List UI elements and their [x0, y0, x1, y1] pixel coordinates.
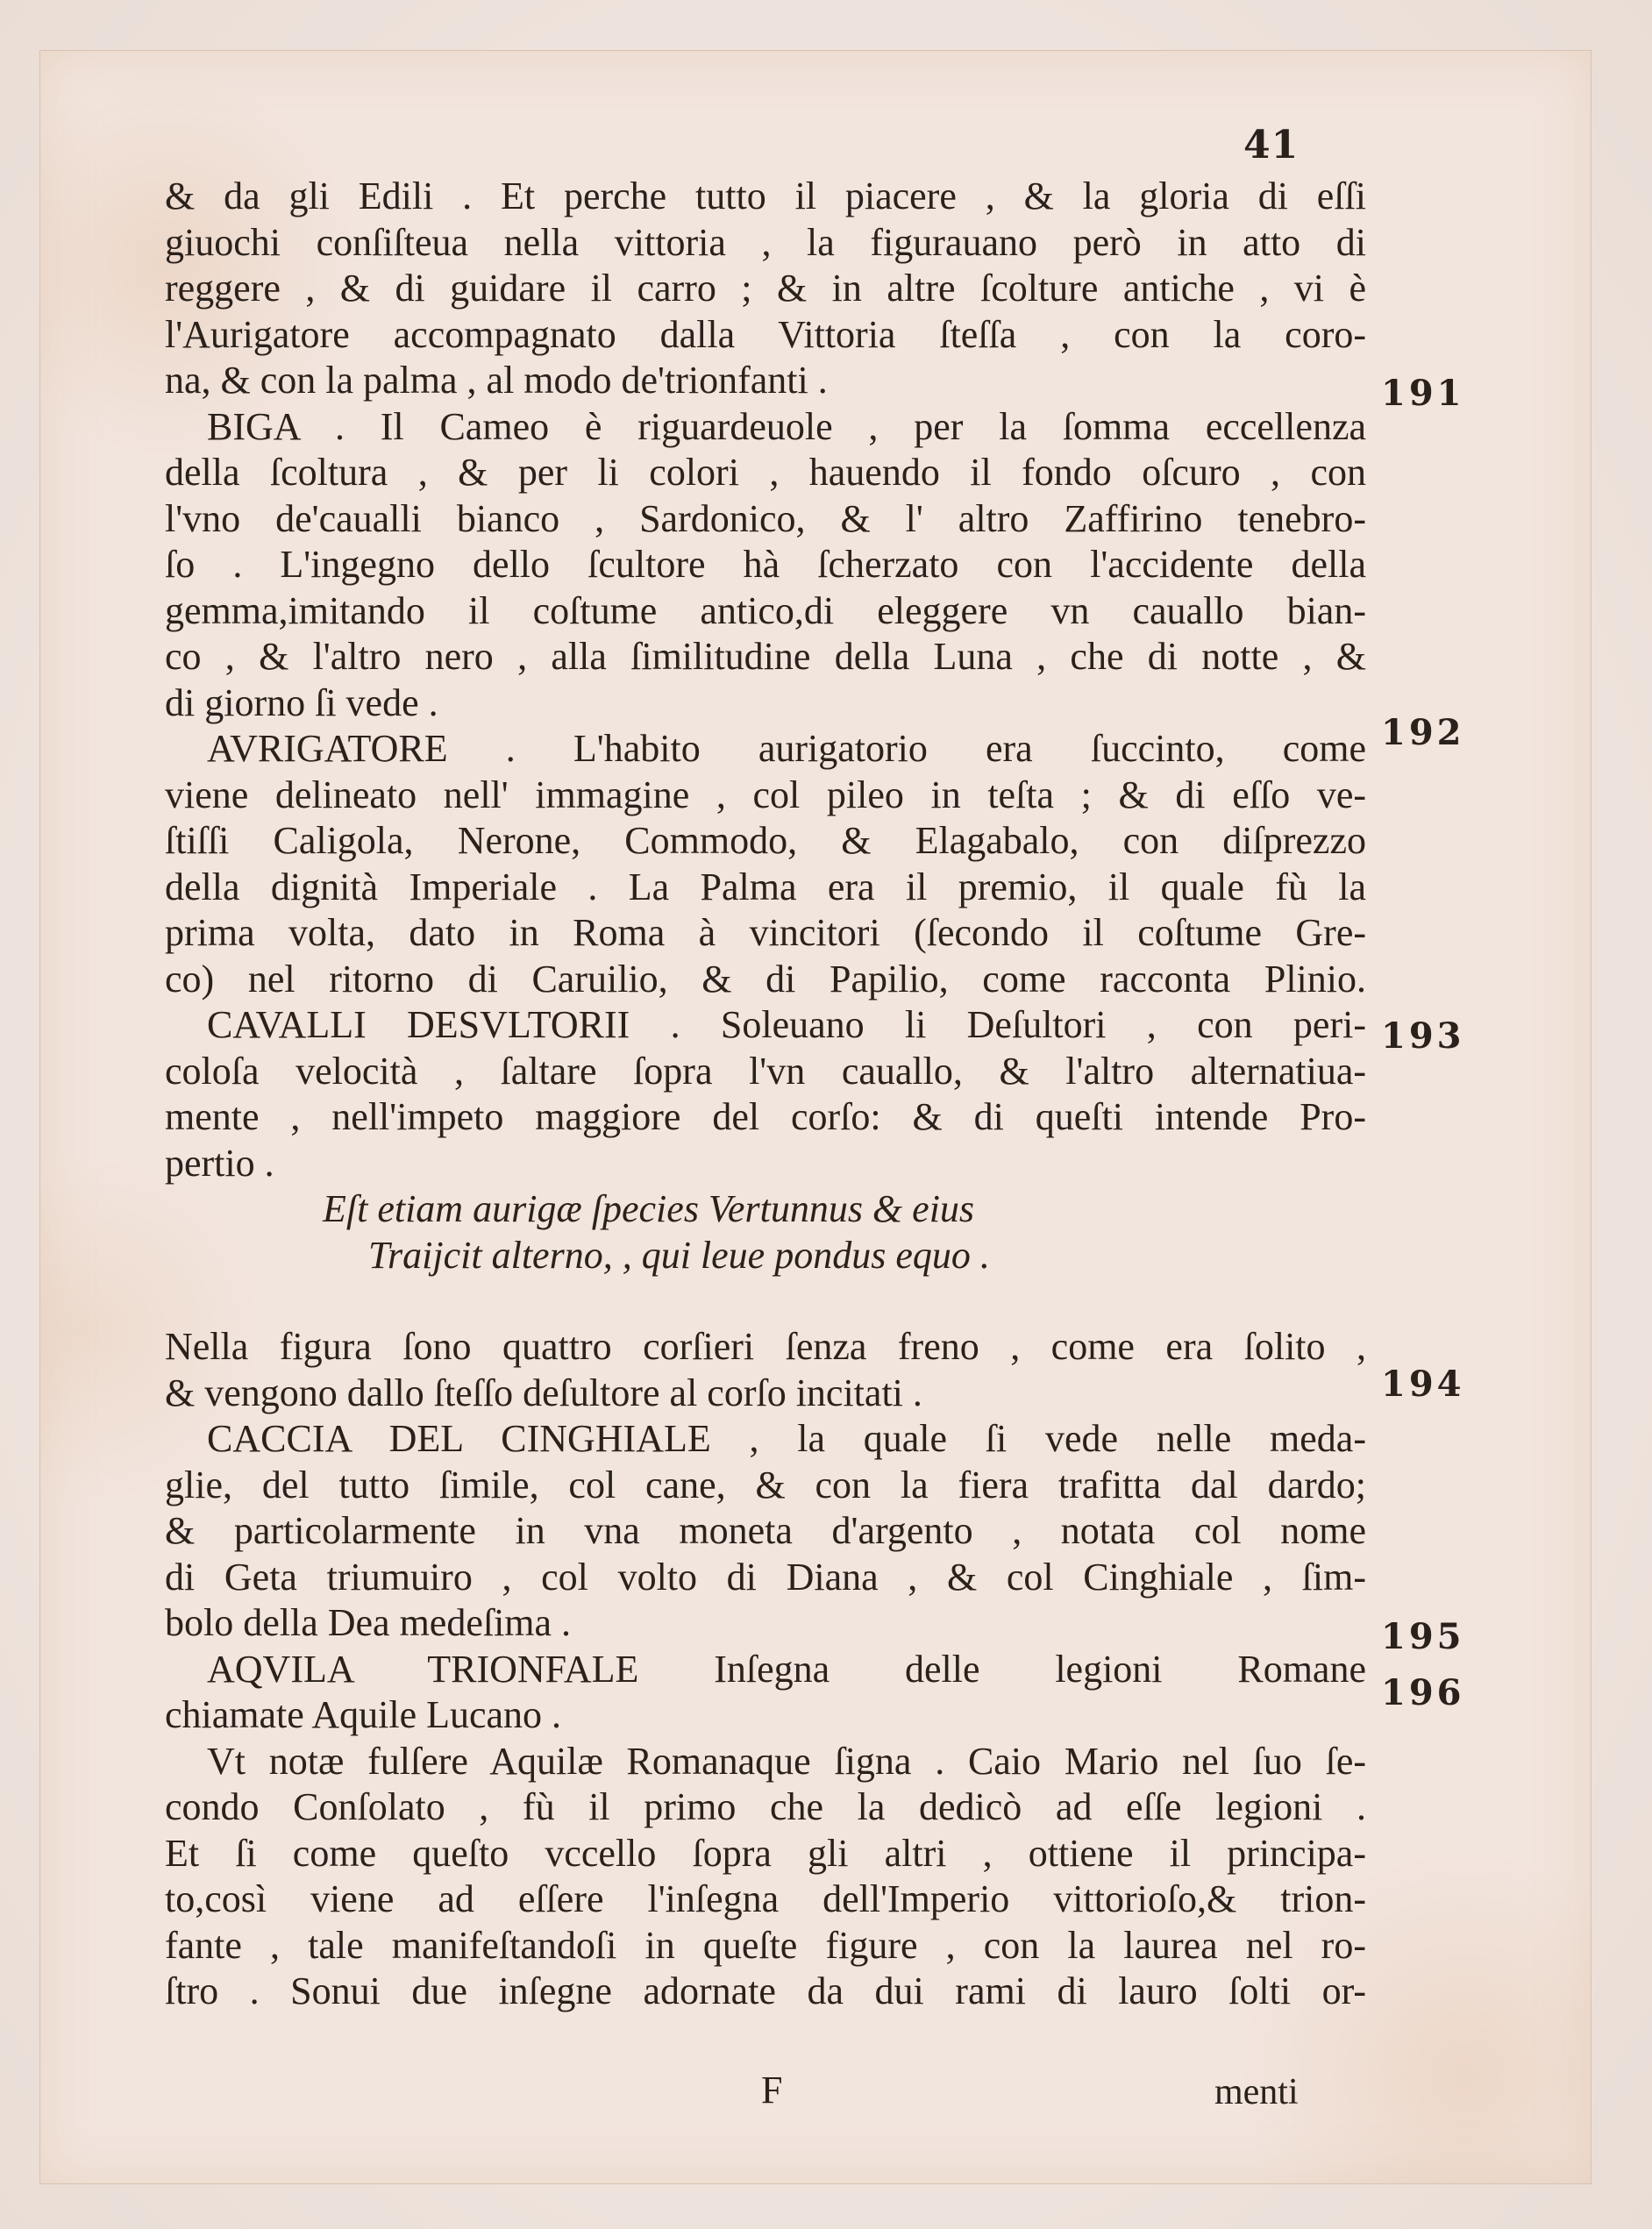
text-line: & particolarmente in vna moneta d'argent… — [165, 1508, 1366, 1555]
text-line: gemma,imitando il coſtume antico,di eleg… — [165, 588, 1366, 635]
text-line: ſtiſſi Caligola, Nerone, Commodo, & Elag… — [165, 818, 1366, 865]
margin-number: 195 — [1381, 1616, 1465, 1657]
body-text: & da gli Edili . Et perche tutto il piac… — [165, 174, 1366, 2015]
text-line: ſtro . Sonui due inſegne adornate da dui… — [165, 1969, 1366, 2015]
text-line: l'vno de'caualli bianco , Sardonico, & l… — [165, 496, 1366, 543]
text-line: fante , tale manifeſtandoſi in queſte fi… — [165, 1923, 1366, 1969]
text-line: viene delineato nell' immagine , col pil… — [165, 773, 1366, 819]
text-line: l'Aurigatore accompagnato dalla Vittoria… — [165, 312, 1366, 359]
section-aquila-line: AQVILA TRIONFALE Inſegna delle legioni R… — [165, 1647, 1366, 1693]
text-line: glie, del tutto ſimile, col cane, & con … — [165, 1463, 1366, 1509]
section-biga-line: BIGA . Il Cameo è riguardeuole , per la … — [165, 404, 1366, 451]
text-line: bolo della Dea medeſima . — [165, 1600, 1366, 1647]
text-line: della ſcoltura , & per li colori , hauen… — [165, 450, 1366, 496]
section-cavalli-line: CAVALLI DESVLTORII . Soleuano li Deſulto… — [165, 1002, 1366, 1049]
blank-space — [165, 1278, 1366, 1324]
text-line: giuochi conſiſteua nella vittoria , la f… — [165, 220, 1366, 267]
section-caccia-line: CACCIA DEL CINGHIALE , la quale ſi vede … — [165, 1416, 1366, 1463]
text-line: della dignità Imperiale . La Palma era i… — [165, 865, 1366, 911]
text-line: di giorno ſi vede . — [165, 680, 1366, 727]
text-line: ſo . L'ingegno dello ſcultore hà ſcherza… — [165, 542, 1366, 588]
margin-number: 191 — [1381, 373, 1465, 414]
text-line: & vengono dallo ſteſſo deſultore al corſ… — [165, 1371, 1366, 1417]
catchword: menti — [1214, 2071, 1299, 2113]
text-line: & da gli Edili . Et perche tutto il piac… — [165, 174, 1366, 220]
text-line: to,così viene ad eſſere l'inſegna dell'I… — [165, 1876, 1366, 1923]
text-line: reggere , & di guidare il carro ; & in a… — [165, 266, 1366, 312]
section-aurigatore-line: AVRIGATORE . L'habito aurigatorio era ſu… — [165, 726, 1366, 773]
margin-number: 196 — [1381, 1672, 1465, 1713]
text-line: mente , nell'impeto maggiore del corſo: … — [165, 1094, 1366, 1141]
text-line: co , & l'altro nero , alla ſimilitudine … — [165, 634, 1366, 680]
margin-number: 193 — [1381, 1015, 1465, 1057]
page-number: 41 — [1243, 123, 1299, 167]
text-line: chiamate Aquile Lucano . — [165, 1692, 1366, 1739]
text-line: di Geta triumuiro , col volto di Diana ,… — [165, 1555, 1366, 1601]
signature-mark: F — [761, 2068, 782, 2112]
text-line: na, & con la palma , al modo de'trionfan… — [165, 358, 1366, 404]
text-line: pertio . — [165, 1141, 1366, 1187]
text-line: prima volta, dato in Roma à vincitori (ſ… — [165, 910, 1366, 957]
margin-number: 194 — [1381, 1364, 1465, 1405]
text-line: Nella figura ſono quattro corſieri ſenza… — [165, 1324, 1366, 1371]
margin-number: 192 — [1381, 712, 1465, 753]
text-line: co) nel ritorno di Caruilio, & di Papili… — [165, 957, 1366, 1003]
verse-quote-line: Eſt etiam aurigæ ſpecies Vertunnus & eiu… — [165, 1186, 1366, 1233]
text-line: Et ſi come queſto vccello ſopra gli altr… — [165, 1831, 1366, 1877]
text-line: coloſa velocità , ſaltare ſopra l'vn cau… — [165, 1049, 1366, 1095]
text-line: condo Conſolato , fù il primo che la ded… — [165, 1784, 1366, 1831]
text-line-italic-quote: Vt notæ fulſere Aquilæ Romanaque ſigna .… — [165, 1739, 1366, 1785]
verse-quote-line: Traijcit alterno, , qui leue pondus equo… — [165, 1233, 1366, 1279]
